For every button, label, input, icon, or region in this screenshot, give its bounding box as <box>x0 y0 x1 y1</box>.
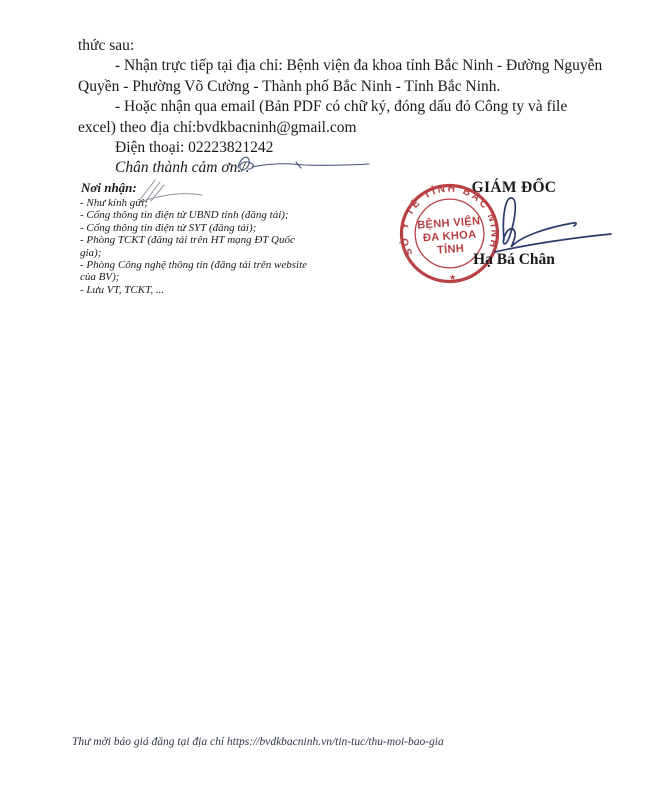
initials-dash-stroke <box>252 164 369 167</box>
signer-name: Hạ Bá Chân <box>456 251 572 269</box>
handwritten-initials-mark <box>232 152 377 182</box>
body-line-email-option: - Hoặc nhận qua email (Bản PDF có chữ ký… <box>78 97 602 117</box>
body-line-email-address: excel) theo địa chỉ:bvdkbacninh@gmail.co… <box>78 118 602 138</box>
footer-url-note: Thư mời báo giá đăng tại địa chỉ https:/… <box>72 736 444 748</box>
recipient-line: - Phòng TCKT (đăng tải trên HT mạng ĐT Q… <box>80 234 307 246</box>
stamp-star-icon: ★ <box>449 273 457 282</box>
scanned-letter-page: thức sau: - Nhận trực tiếp tại địa chỉ: … <box>0 0 651 806</box>
recipient-line: - Phòng Công nghệ thông tin (đăng tải tr… <box>80 259 307 271</box>
body-line: thức sau: <box>78 36 602 56</box>
initials-loop-stroke <box>238 157 253 170</box>
recipient-line: - Như kính gửi; <box>80 197 307 209</box>
body-line-delivery-address-cont: Quyền - Phường Võ Cường - Thành phố Bắc … <box>78 77 602 97</box>
recipient-line: của BV); <box>80 271 307 283</box>
recipient-line: gia); <box>80 247 307 259</box>
recipient-line: - Cổng thông tin điện tử UBND tỉnh (đăng… <box>80 209 307 221</box>
recipient-line: - Lưu VT, TCKT, ... <box>80 284 307 296</box>
recipient-line: - Cổng thông tin điện tử SYT (đăng tải); <box>80 222 307 234</box>
body-line-delivery-address: - Nhận trực tiếp tại địa chỉ: Bệnh viện … <box>78 56 602 76</box>
recipients-list: - Như kính gửi; - Cổng thông tin điện tử… <box>80 197 307 296</box>
